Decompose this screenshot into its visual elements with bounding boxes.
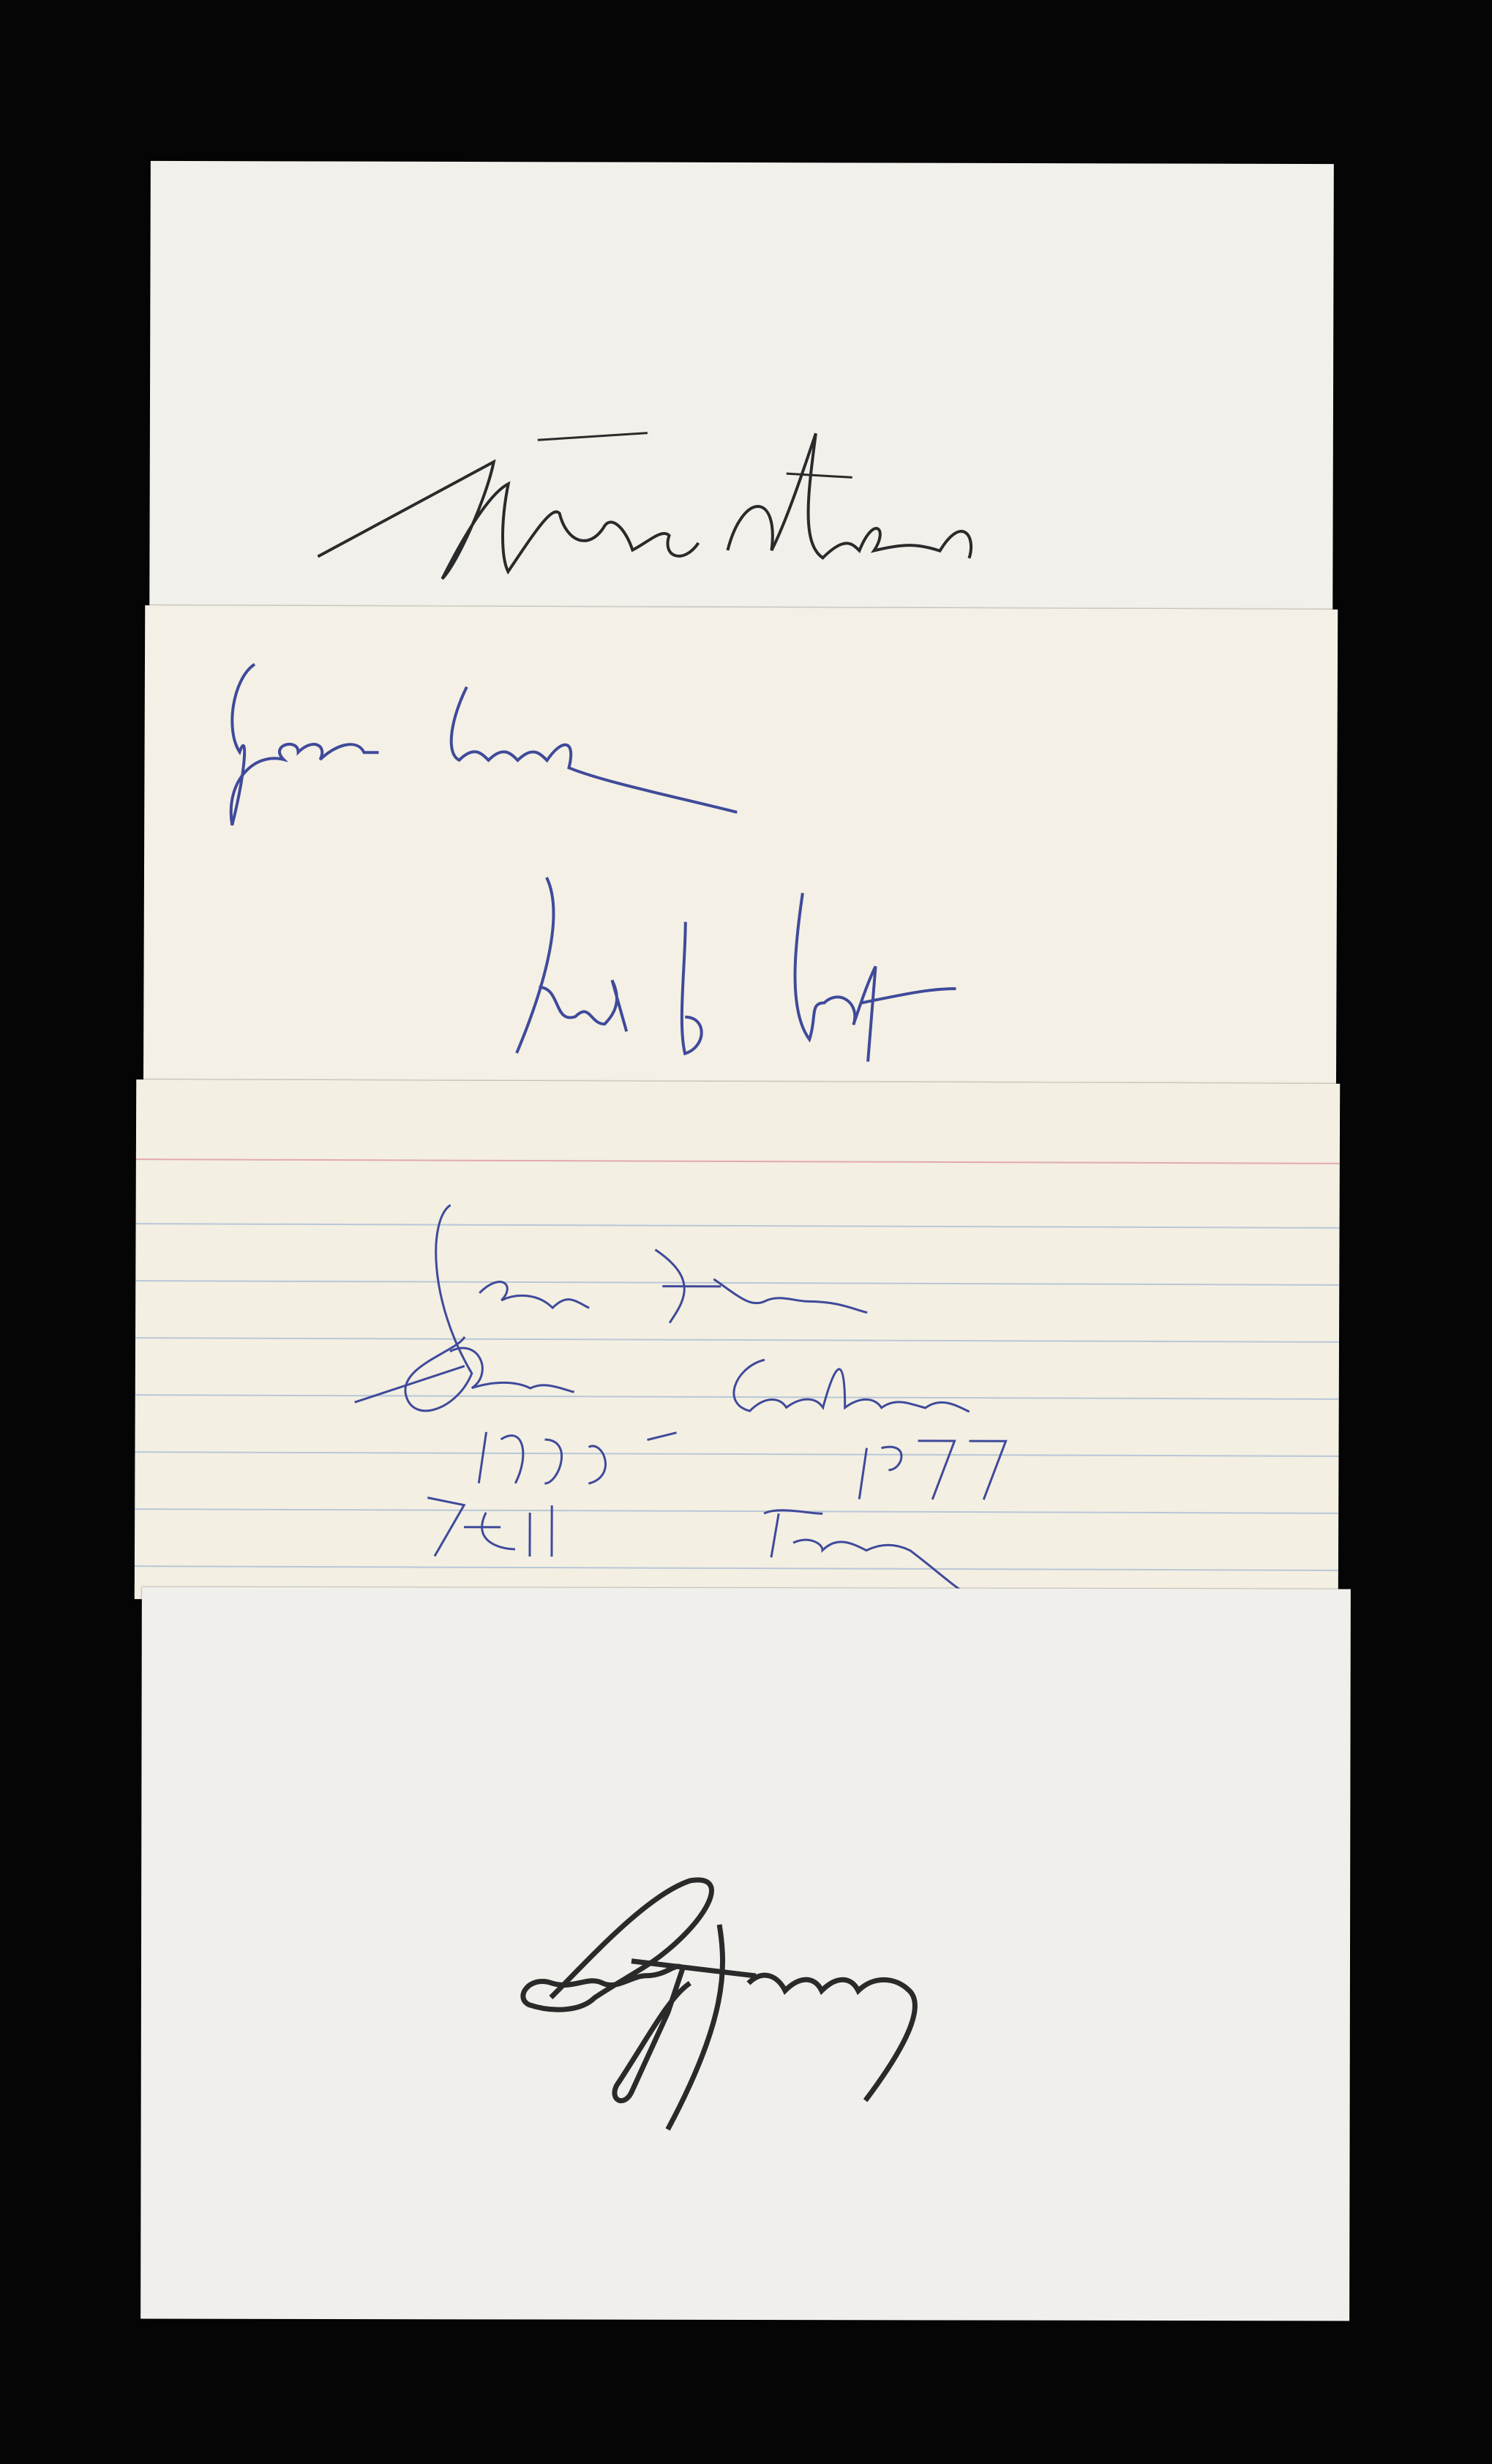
- good-luck-stroke: [225, 650, 884, 835]
- signature-text: Walt Alston: [318, 402, 1123, 595]
- index-card-waite-hoyt: Good Luck Waite C. Hoyt: [143, 605, 1338, 1136]
- waite-hoyt-stroke: [517, 877, 1103, 1070]
- signature-waite-hoyt: Waite C. Hoyt: [517, 877, 1103, 1070]
- header-rule-line: [136, 1158, 1340, 1164]
- signature-lefty-gomez: Lefty Gomez: [485, 1851, 1144, 2145]
- jesse-haines-stroke: [354, 1205, 1161, 1588]
- lefty-gomez-stroke: [485, 1851, 1144, 2145]
- inscription-good-luck: Good Luck: [225, 650, 884, 835]
- index-card-walt-alston: Walt Alston: [149, 161, 1334, 632]
- signature-walt-alston-stroke: [318, 402, 1123, 595]
- index-card-jesse-haines: Jesse Haines St Louis Cardinals 1920 - 1…: [135, 1079, 1340, 1603]
- inscription-jesse-haines: Jesse Haines St Louis Cardinals 1920 - 1…: [354, 1205, 1161, 1588]
- index-card-lefty-gomez: Lefty Gomez: [140, 1587, 1351, 2321]
